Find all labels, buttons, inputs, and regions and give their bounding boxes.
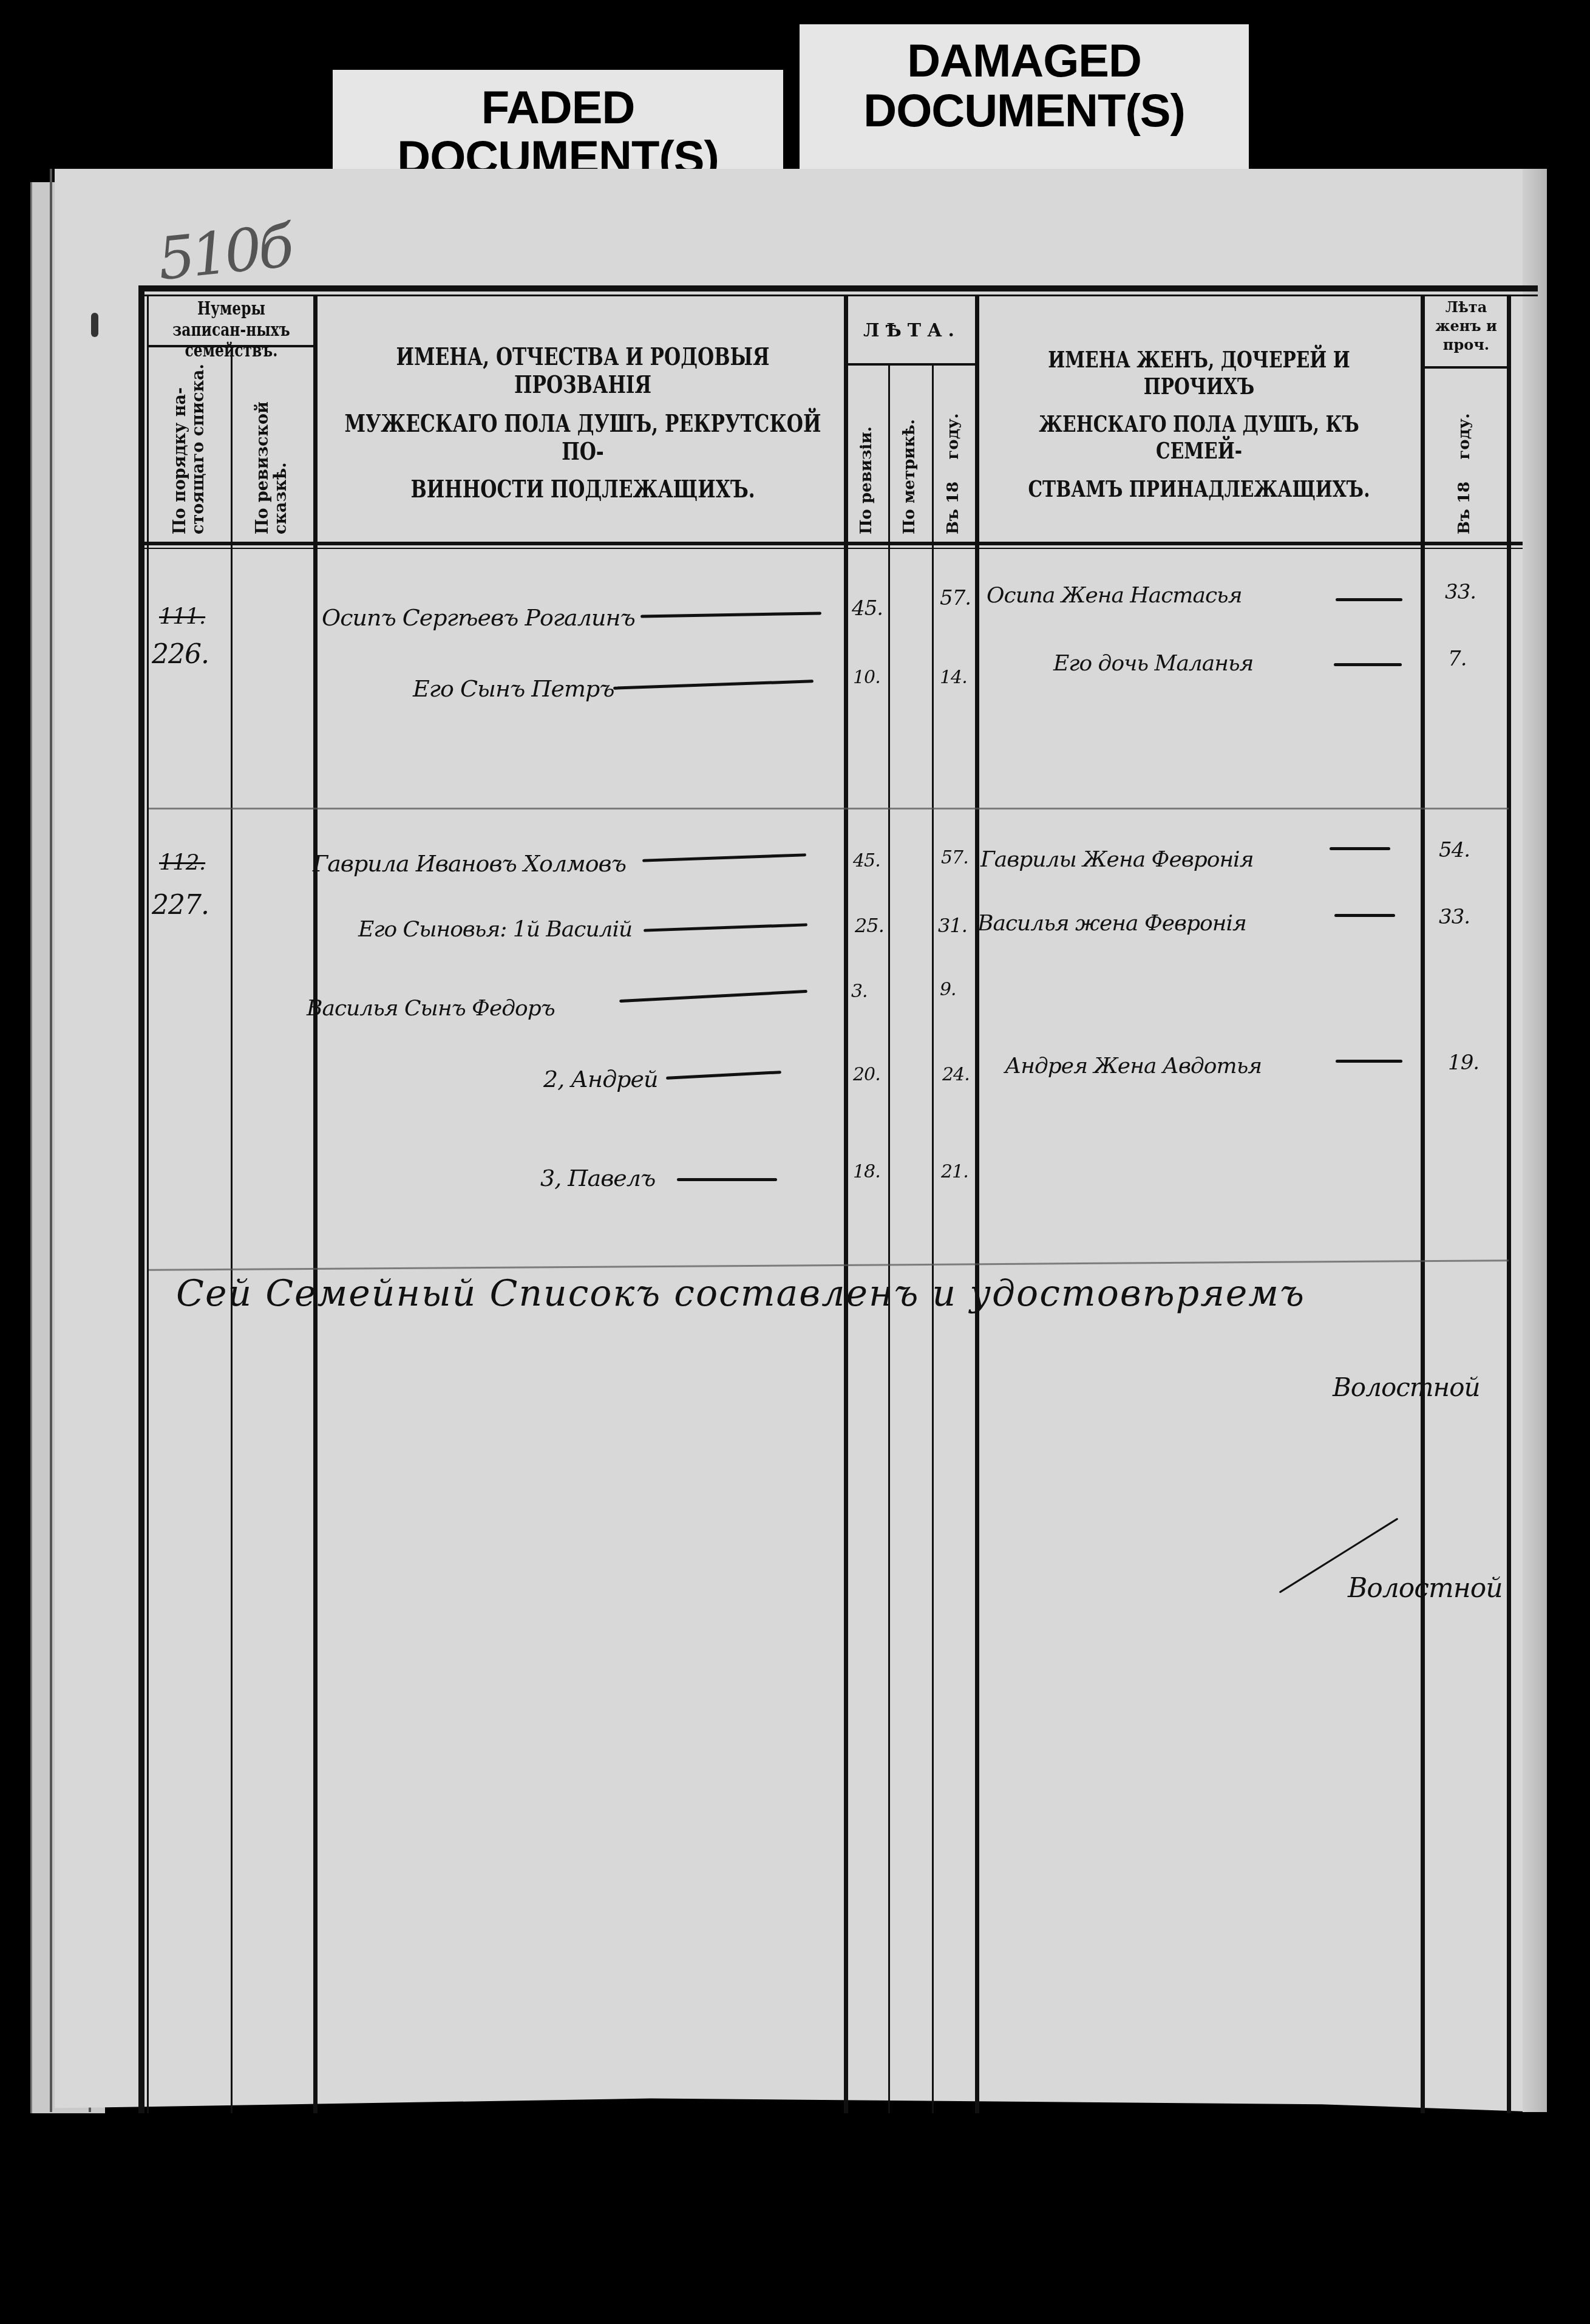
- family1-female1-age: 33.: [1445, 580, 1476, 604]
- family1-male2-age-year: 14.: [940, 667, 967, 688]
- family2-male2-age-year: 31.: [938, 914, 967, 937]
- family1-female2-dash: [1334, 663, 1402, 666]
- family2-male2-name: Его Сыновья: 1й Василій: [358, 917, 632, 942]
- header-current-list-l1: По порядку на-: [171, 364, 189, 534]
- family2-female1-name: Гаврилы Жена Февронія: [980, 847, 1253, 872]
- header-female-ages-l3: проч.: [1425, 335, 1507, 354]
- header-family-numbers-text: Нумеры записан-ныхъ семействъ.: [172, 298, 290, 361]
- header-male-names-line1: ИМЕНА, ОТЧЕСТВА И РОДОВЫЯ ПРОЗВАНІЯ: [336, 343, 829, 399]
- page-right-edge: [1523, 169, 1547, 2112]
- family2-male4-name: 2, Андрей: [543, 1066, 658, 1092]
- family2-male4-age-year: 24.: [942, 1064, 970, 1085]
- table-top-inner-border: [144, 295, 1538, 296]
- margin-ink-mark: [91, 313, 98, 337]
- header-bottom-border: [144, 542, 1523, 545]
- col-divider-male-names-right: [844, 295, 848, 2113]
- family2-female3-name: Андрея Жена Авдотья: [1005, 1054, 1262, 1079]
- family2-male3-age-revision: 3.: [851, 981, 868, 1002]
- family1-female1-name: Осипа Жена Настасья: [987, 583, 1242, 608]
- faded-document-label: FADED DOCUMENT(S): [333, 70, 783, 170]
- header-revision-tale-l2: сказкѣ.: [272, 401, 290, 534]
- faded-document-text: FADED DOCUMENT(S): [333, 83, 783, 183]
- family2-female1-dash: [1330, 847, 1390, 850]
- family2-male1-name: Гаврила Ивановъ Холмовъ: [313, 850, 626, 877]
- family1-female1-dash: [1336, 598, 1402, 601]
- col-divider-male-names-left: [313, 295, 318, 2113]
- header-female-names-line1: ИМЕНА ЖЕНЪ, ДОЧЕРЕЙ И ПРОЧИХЪ: [1012, 346, 1386, 399]
- family2-male1-age-year: 57.: [941, 847, 968, 868]
- family2-female1-age: 54.: [1439, 838, 1470, 862]
- family2-female2-age: 33.: [1439, 905, 1470, 929]
- damaged-line1: DAMAGED: [800, 24, 1249, 86]
- family1-male2-name: Его Сынъ Петръ: [413, 675, 614, 702]
- family2-male5-name: 3, Павелъ: [540, 1165, 655, 1191]
- header-bottom-border-2: [144, 548, 1523, 549]
- family2-male1-age-revision: 45.: [853, 850, 880, 871]
- header-age-year: Въ 18 году.: [945, 413, 962, 534]
- header-male-names-line3: ВИННОСТИ ПОДЛЕЖАЩИХЪ.: [336, 475, 829, 503]
- damaged-document-label: DAMAGED DOCUMENT(S): [800, 24, 1249, 170]
- family1-old-number: 111.: [159, 604, 205, 629]
- table-left-border: [138, 285, 144, 2113]
- header-female-names-line2: ЖЕНСКАГО ПОЛА ДУШЪ, КЪ СЕМЕЙ-: [1012, 411, 1386, 463]
- folio-number: 510б: [155, 212, 293, 293]
- family2-male4-age-revision: 20.: [853, 1064, 880, 1085]
- family2-new-number: 227.: [152, 890, 209, 921]
- header-col-revision-tale: По ревизской сказкѣ.: [254, 401, 290, 534]
- family2-female3-dash: [1336, 1060, 1402, 1063]
- family2-female2-name: Василья жена Февронія: [977, 911, 1246, 936]
- family-separator: [149, 808, 1509, 809]
- header-revision-tale-l1: По ревизской: [254, 401, 272, 534]
- family2-female2-dash: [1334, 914, 1395, 917]
- family2-male3-name: Василья Сынъ Федоръ: [307, 996, 555, 1021]
- ages-split: [847, 363, 977, 366]
- family1-male1-age-year: 57.: [940, 586, 971, 610]
- header-female-age-year: Въ 18 году.: [1456, 413, 1473, 534]
- family2-female3-age: 19.: [1448, 1051, 1479, 1075]
- family2-male2-age-revision: 25.: [855, 914, 884, 937]
- col-divider-female-names-right: [1421, 295, 1425, 2113]
- col-divider-female-names-left: [975, 295, 979, 2113]
- signature-title-1: Волостной: [1333, 1372, 1480, 1402]
- header-female-ages-l1: Лѣта: [1425, 298, 1507, 316]
- header-female-names-line3: СТВАМЪ ПРИНАДЛЕЖАЩИХЪ.: [1012, 475, 1386, 502]
- col-divider-revision-metrics: [888, 363, 890, 2113]
- family2-male5-age-year: 21.: [941, 1161, 968, 1182]
- header-family-numbers: Нумеры записан-ныхъ семействъ.: [167, 299, 296, 362]
- signature-title-2: Волостной: [1348, 1573, 1503, 1604]
- header-female-ages-l2: женъ и: [1425, 316, 1507, 335]
- family1-female2-age: 7.: [1448, 647, 1466, 671]
- family2-male3-age-year: 9.: [940, 979, 956, 1000]
- family2-male5-dash: [677, 1178, 777, 1181]
- closing-statement: Сей Семейный Списокъ составленъ и удосто…: [176, 1272, 1305, 1315]
- header-current-list-l2: стоящаго списка.: [189, 364, 208, 534]
- family1-male1-age-revision: 45.: [852, 596, 883, 621]
- family1-new-number: 226.: [152, 639, 209, 670]
- family2-old-number: 112.: [159, 850, 205, 875]
- header-female-ages: Лѣта женъ и проч.: [1425, 298, 1507, 355]
- family1-male1-name: Осипъ Сергѣевъ Рогалинъ: [322, 604, 635, 631]
- female-ages-split: [1424, 366, 1509, 369]
- table-right-border: [1507, 295, 1511, 2113]
- family1-male2-age-revision: 10.: [853, 667, 880, 688]
- family2-male5-age-revision: 18.: [853, 1161, 880, 1182]
- header-col-current-list: По порядку на- стоящаго списка.: [171, 364, 207, 534]
- header-age-metrics: По метрикѣ.: [901, 419, 919, 534]
- table-left-inner-border: [147, 295, 149, 2113]
- header-ages: ЛѢТА.: [848, 321, 976, 342]
- damaged-line2: DOCUMENT(S): [800, 86, 1249, 136]
- header-age-revision: По ревизіи.: [858, 426, 875, 534]
- col-divider-metrics-year: [932, 363, 934, 2113]
- table-top-border: [138, 285, 1538, 291]
- col-divider-list-revision: [231, 345, 233, 2113]
- family1-female2-name: Его дочь Маланья: [1053, 651, 1253, 676]
- header-male-names-line2: МУЖЕСКАГО ПОЛА ДУШЪ, РЕКРУТСКОЙ ПО-: [336, 410, 829, 466]
